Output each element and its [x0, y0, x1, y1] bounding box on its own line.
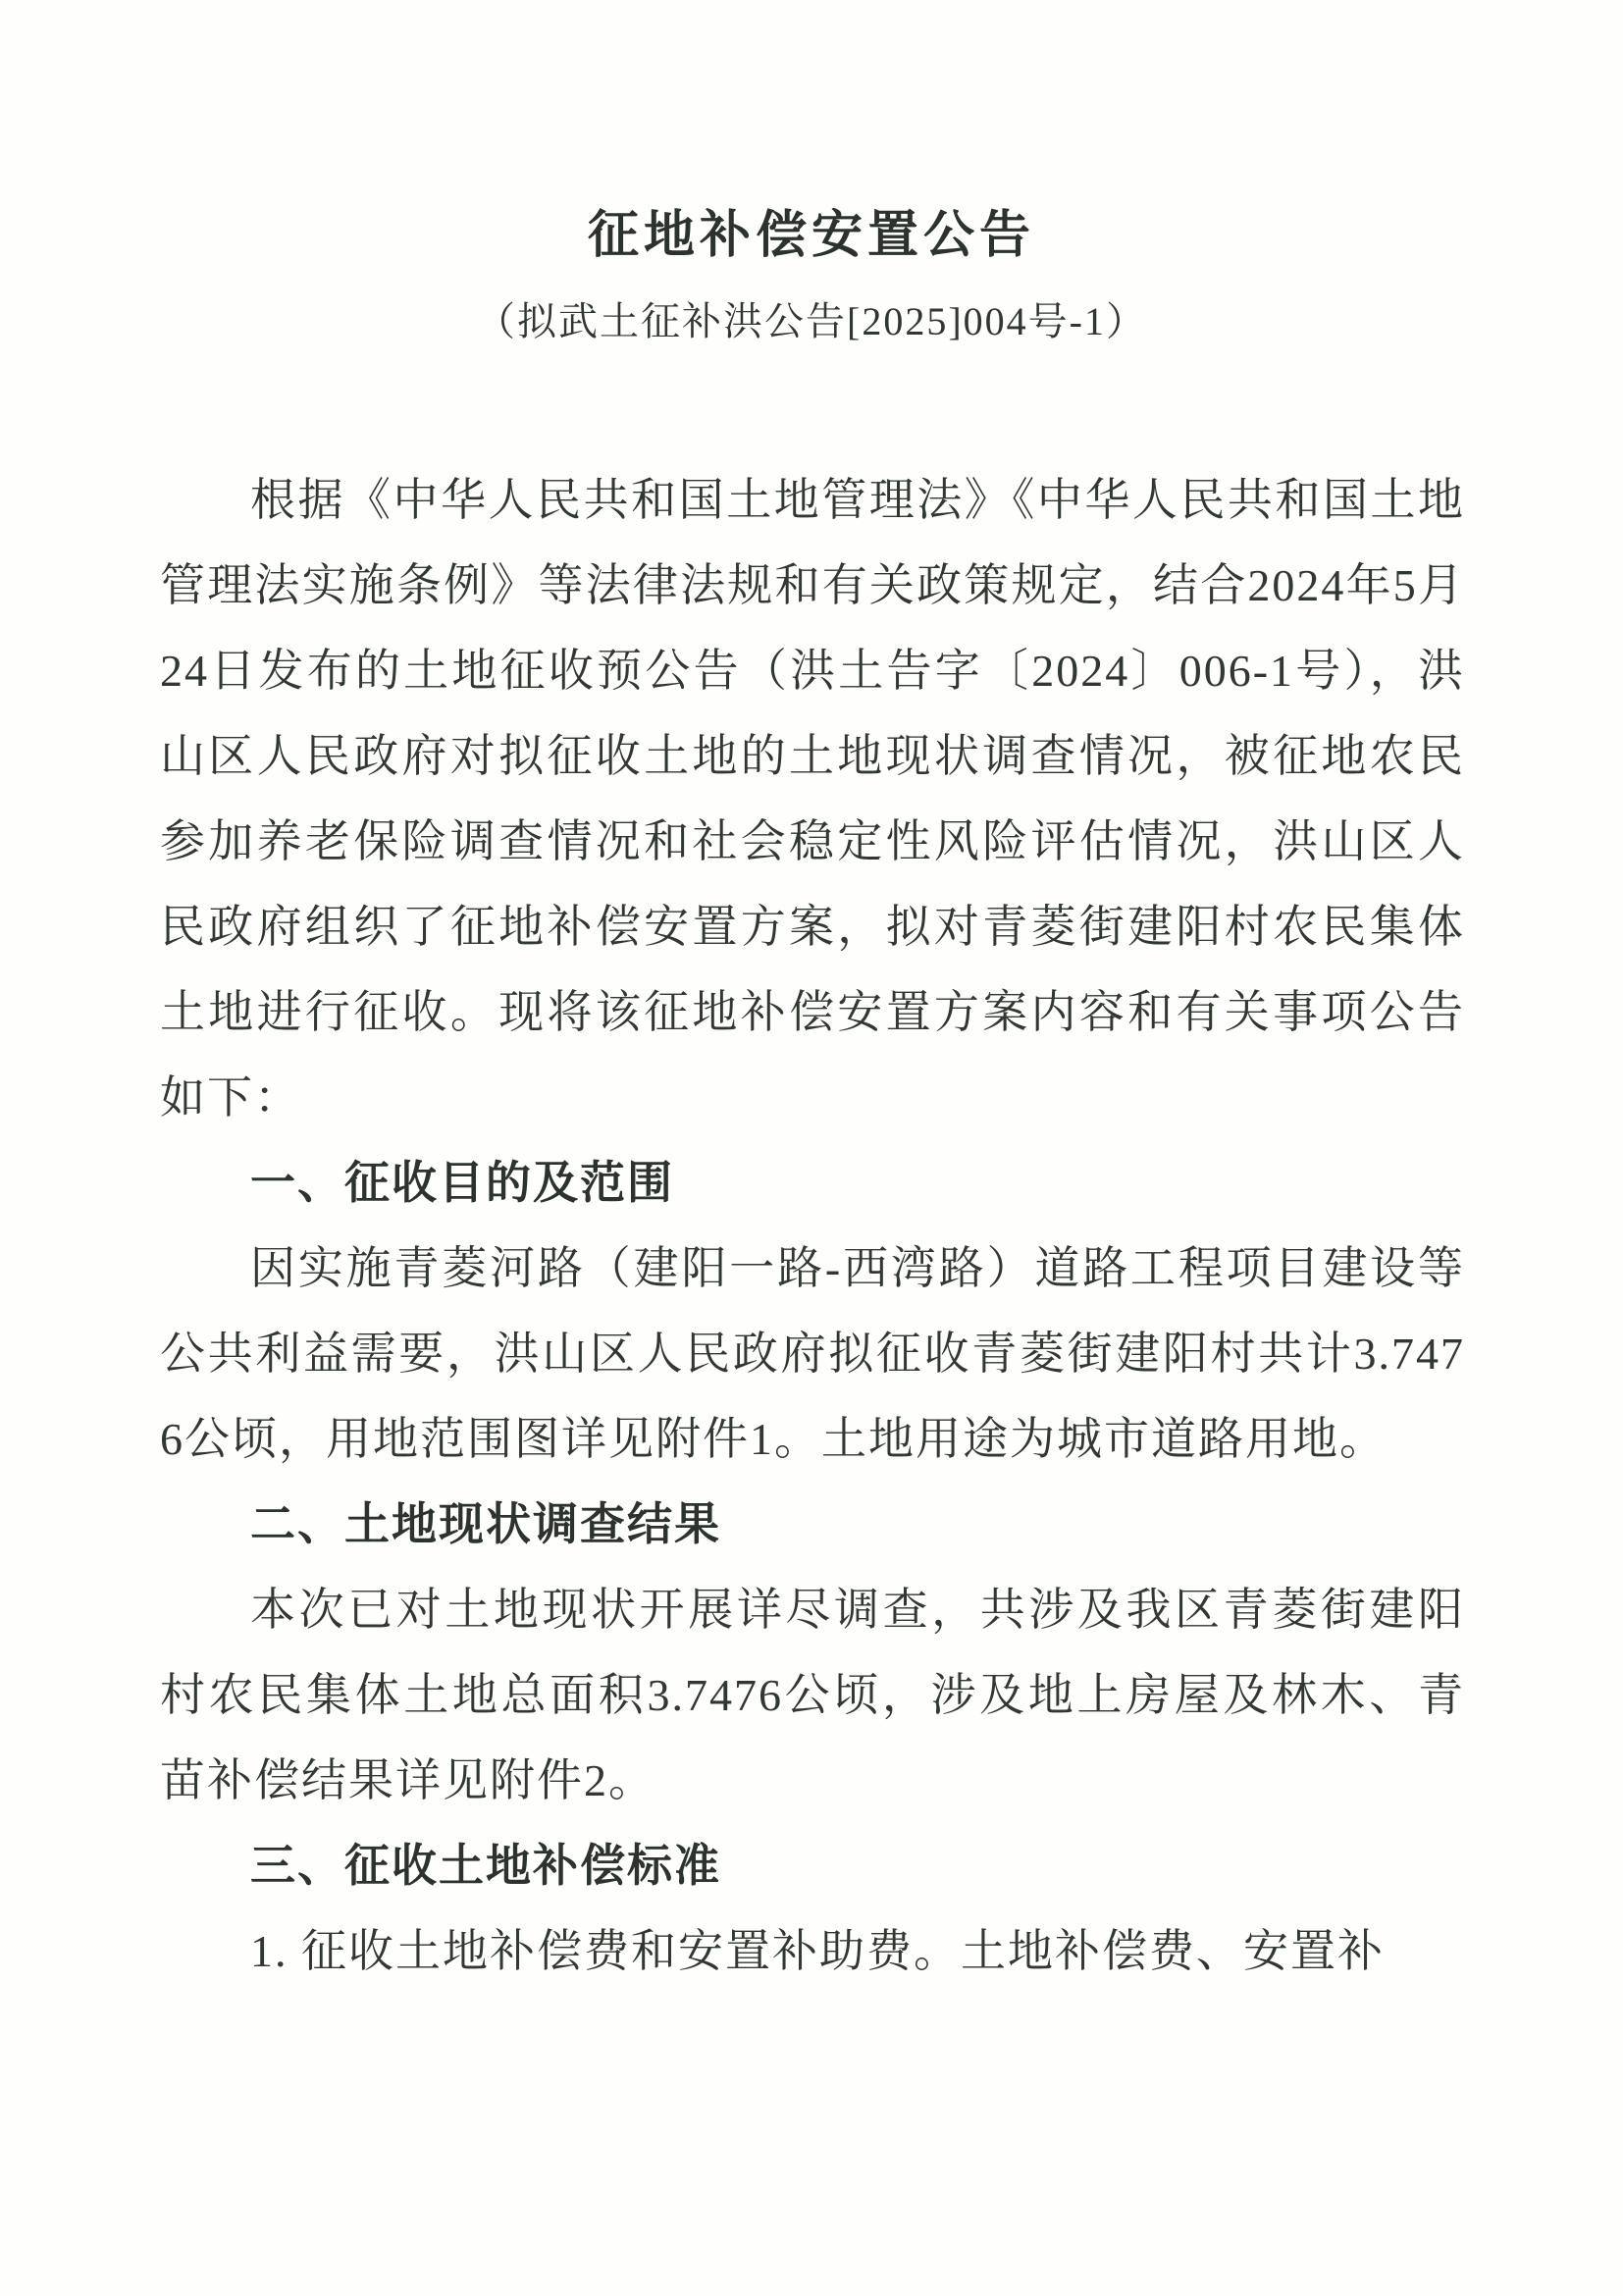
- document-page: 征地补偿安置公告 （拟武土征补洪公告[2025]004号-1） 根据《中华人民共…: [0, 0, 1623, 2296]
- section-heading-survey-results: 二、土地现状调查结果: [160, 1482, 1465, 1567]
- doc-title: 征地补偿安置公告: [0, 204, 1623, 267]
- doc-number: （拟武土征补洪公告[2025]004号-1）: [0, 294, 1623, 349]
- paragraph-purpose-scope: 因实施青菱河路（建阳一路-西湾路）道路工程项目建设等公共利益需要，洪山区人民政府…: [160, 1226, 1465, 1482]
- paragraph-survey-results: 本次已对土地现状开展详尽调查，共涉及我区青菱街建阳村农民集体土地总面积3.747…: [160, 1567, 1465, 1823]
- doc-body: 根据《中华人民共和国土地管理法》《中华人民共和国土地管理法实施条例》等法律法规和…: [160, 457, 1465, 1994]
- paragraph-intro: 根据《中华人民共和国土地管理法》《中华人民共和国土地管理法实施条例》等法律法规和…: [160, 457, 1465, 1140]
- section-heading-compensation-standard: 三、征收土地补偿标准: [160, 1823, 1465, 1908]
- paragraph-compensation-standard: 1. 征收土地补偿费和安置补助费。土地补偿费、安置补: [160, 1908, 1465, 1994]
- section-heading-purpose-scope: 一、征收目的及范围: [160, 1140, 1465, 1226]
